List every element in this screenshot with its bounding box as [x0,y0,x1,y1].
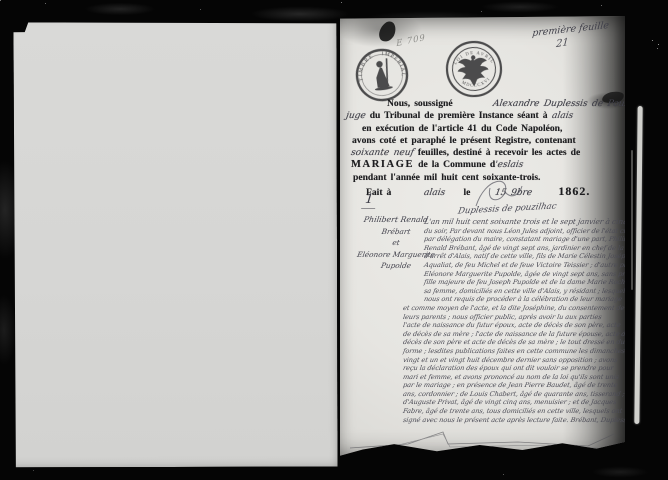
body-line: L'an mil huit cent soixante trois et le … [423,218,625,227]
handwritten-judge-name: Alexandre Duplessis de Pouzilhac [456,98,652,110]
printed-line-3: en exécution de l'article 41 du Code Nap… [351,123,617,135]
printed-line-4: avons coté et paraphé le présent Registr… [351,135,617,147]
body-line: d'Auguste Privat, âgé de vingt cinq ans,… [402,398,625,407]
register-page: première feuille 21 E 709 TIMBRE IMPERIA… [340,16,625,462]
body-line: Aqualiat, de feu Michel et de feue Victo… [423,261,625,270]
next-page-edge-strip [634,106,642,424]
ink-blot [377,19,398,44]
handwritten-commune: 'eslais [494,159,524,171]
act-number: 1 [361,192,377,209]
body-line: Eléonore Marguerite Pupolde, âgée de vin… [423,270,625,279]
printed-line-1: Nous, soussigné Alexandre Duplessis de P… [351,98,617,110]
body-line: l'acte de naissance du futur époux, acte… [402,321,625,330]
left-blank-page [13,22,337,468]
film-dust-specks [0,0,1,1]
body-line: décès de son père et acte de décès de sa… [402,338,625,347]
printed-year: 1862. [558,184,590,198]
body-line: par le mariage ; en présence de Jean Pie… [402,381,625,390]
act-body-paragraph-1: L'an mil huit cent soixante trois et le … [403,218,625,304]
body-line: vingt et un et vingt huit décembre derni… [402,356,625,365]
handwritten-note-premiere-feuille: première feuille [532,20,610,39]
body-line: Fabre, âgé de trente ans, tous domicilié… [402,407,625,416]
body-line: du soir, Par devant nous Léon Jules adjo… [423,227,625,236]
handwritten-place: alais [408,187,446,199]
body-line: forme ; lesdites publications faites en … [402,347,625,356]
body-line: reçu la déclaration des époux qui ont di… [402,364,625,373]
printed-line-2: juge du Tribunal de première Instance sé… [346,110,617,122]
printed-line-6: MARIAGE de la Commune d'eslais [351,159,617,171]
mariage-heading: MARIAGE [351,159,414,170]
bottom-crease-lines [348,420,616,454]
seated-figure-icon [371,58,393,91]
body-line: mari et femme, et avons prononcé au nom … [402,373,625,382]
body-line: fille majeure de feu Joseph Pupolde et d… [423,278,625,287]
body-line: nous ont requis de procéder à la célébra… [423,295,625,304]
handwritten-city: alais [550,110,573,122]
timbre-imperial-stamp-icon: TIMBRE IMPERIAL [352,45,413,106]
imperial-eagle-stamp-icon: LOI DE AVRIL MDCCCXVI [443,38,505,100]
page-edge-shadow-line [631,150,633,290]
act-body-paragraph-2: et comme moyen de l'acte, et la dite Jos… [403,304,625,424]
printed-line-5: soixante neuf feuilles, destiné à recevo… [351,147,617,159]
body-line: leurs parents ; nous officier public, ap… [402,313,625,322]
handwritten-word-juge: juge [345,110,367,122]
handwritten-sheet-count: soixante neuf [350,147,415,159]
body-line: d'arrêt d'Alais, natif de cette ville, f… [423,252,625,261]
handwritten-number: 21 [556,37,569,51]
act-body-text: L'an mil huit cent soixante trois et le … [403,218,625,424]
body-line: par délégation du maire, constatant mari… [423,235,625,244]
body-line: et comme moyen de l'acte, et la dite Jos… [402,304,625,313]
